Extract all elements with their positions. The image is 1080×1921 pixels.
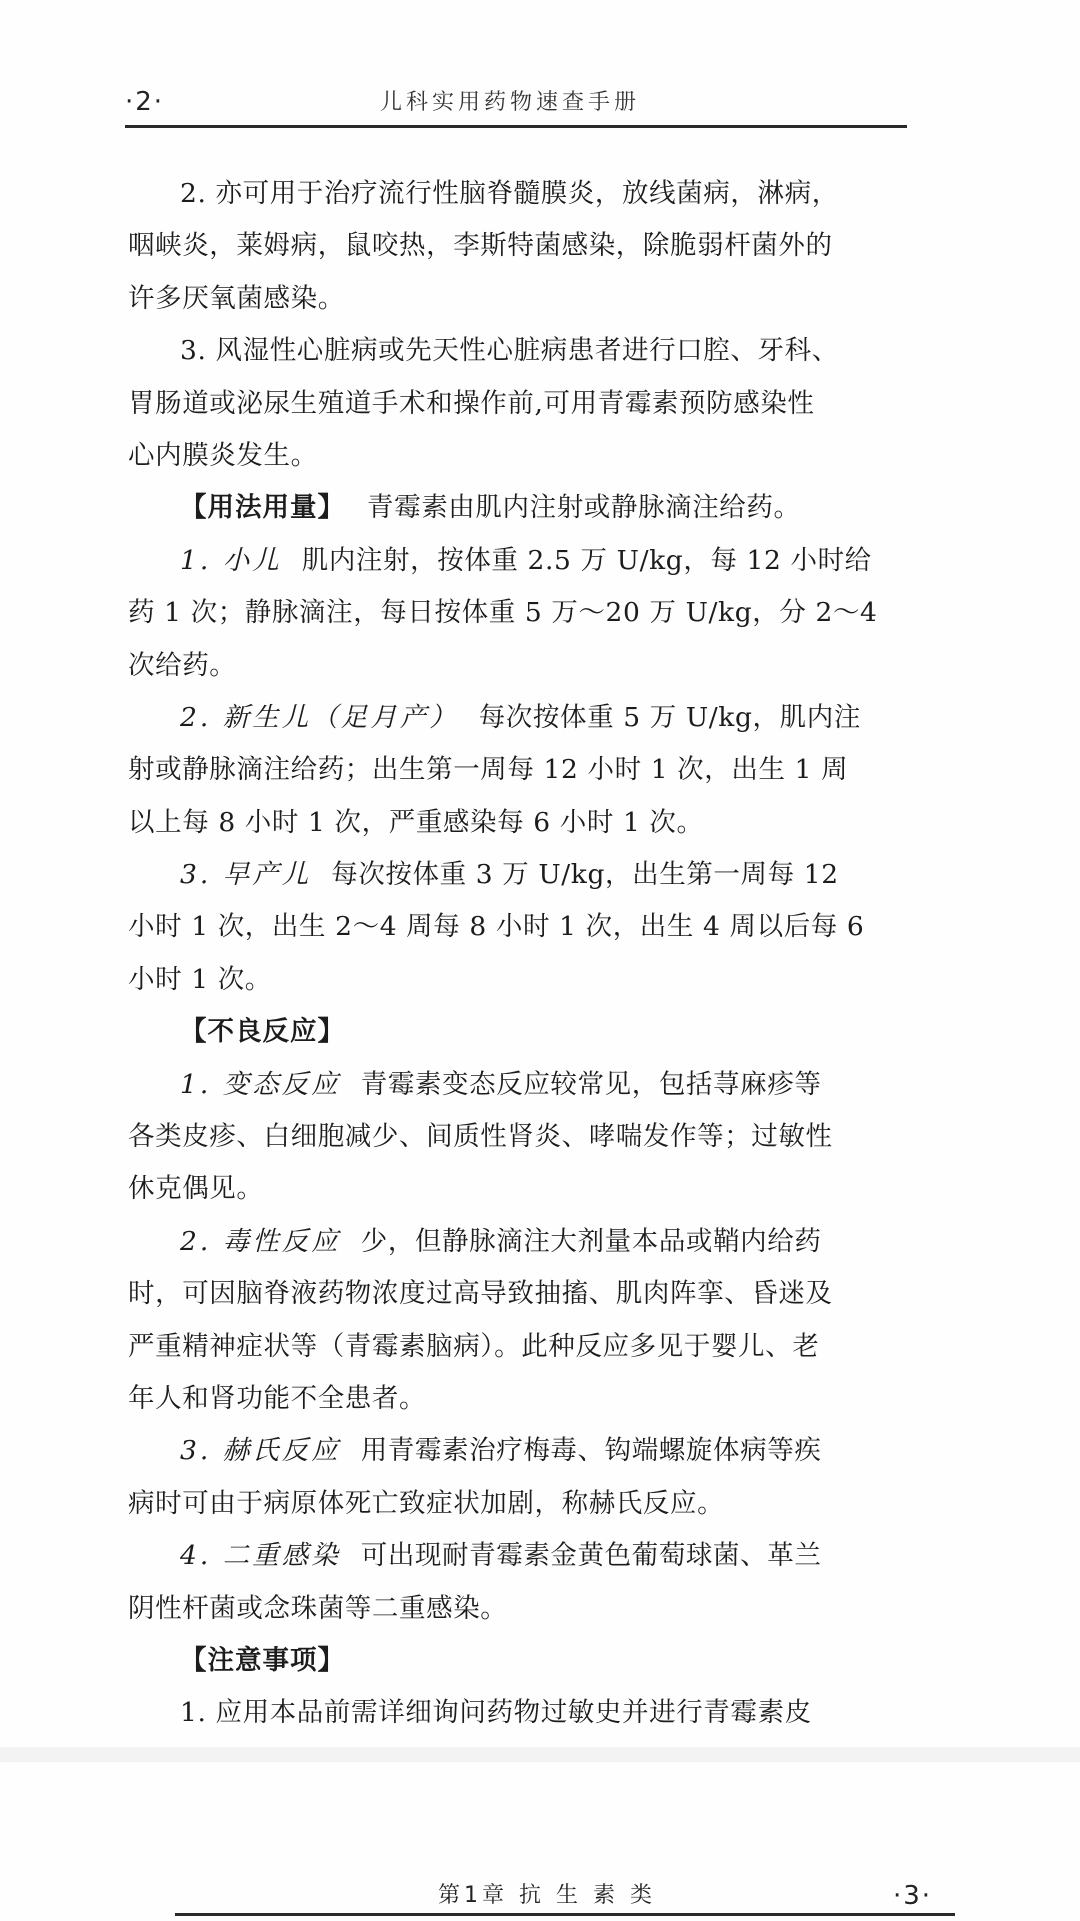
item-label: 2. 毒性反应: [180, 1226, 341, 1257]
header-rule: [175, 1913, 955, 1916]
line-text: 心内膜炎发生。: [128, 440, 318, 471]
line-text: 次给药。: [128, 650, 236, 681]
item-label: 1. 小儿: [180, 545, 282, 576]
line-text: 各类皮疹、白细胞减少、间质性肾炎、哮喘发作等；过敏性: [128, 1121, 833, 1152]
text-line: 射或静脉滴注给药；出生第一周每 12 小时 1 次，出生 1 周: [128, 744, 908, 796]
text-line: 3. 赫氏反应用青霉素治疗梅毒、钩端螺旋体病等疾: [128, 1425, 908, 1477]
line-text: 病时可由于病原体死亡致症状加剧，称赫氏反应。: [128, 1488, 724, 1519]
text-line: 2. 亦可用于治疗流行性脑脊髓膜炎，放线菌病，淋病，: [128, 168, 908, 220]
text-line: 时，可因脑脊液药物浓度过高导致抽搐、肌肉阵挛、昏迷及: [128, 1268, 908, 1320]
section-title: 【用法用量】: [180, 492, 345, 523]
line-text: 用青霉素治疗梅毒、钩端螺旋体病等疾: [361, 1435, 822, 1466]
text-line: 小时 1 次，出生 2～4 周每 8 小时 1 次，出生 4 周以后每 6: [128, 901, 908, 953]
text-line: 休克偶见。: [128, 1163, 908, 1215]
chapter-title: 第1章 抗 生 素 类: [438, 1878, 656, 1914]
line-text: 胃肠道或泌尿生殖道手术和操作前,可用青霉素预防感染性: [128, 388, 815, 419]
book-page-2: ·2· 儿科实用药物速查手册 2. 亦可用于治疗流行性脑脊髓膜炎，放线菌病，淋病…: [0, 0, 1080, 1747]
text-line: 病时可由于病原体死亡致症状加剧，称赫氏反应。: [128, 1478, 908, 1530]
line-text: 咽峡炎，莱姆病，鼠咬热，李斯特菌感染，除脆弱杆菌外的: [128, 230, 833, 261]
text-line: 2. 新生儿（足月产）每次按体重 5 万 U/kg，肌内注: [128, 692, 908, 744]
header-rule: [125, 125, 907, 128]
text-line: 1. 小儿肌内注射，按体重 2.5 万 U/kg，每 12 小时给: [128, 535, 908, 587]
text-line: 3. 早产儿每次按体重 3 万 U/kg，出生第一周每 12: [128, 849, 908, 901]
text-line: 以上每 8 小时 1 次，严重感染每 6 小时 1 次。: [128, 797, 908, 849]
text-line: 药 1 次；静脉滴注，每日按体重 5 万～20 万 U/kg，分 2～4: [128, 587, 908, 639]
line-text: 3. 风湿性心脏病或先天性心脏病患者进行口腔、牙科、: [180, 335, 839, 366]
text-line: 咽峡炎，莱姆病，鼠咬热，李斯特菌感染，除脆弱杆菌外的: [128, 220, 908, 272]
line-text: 严重精神症状等（青霉素脑病）。此种反应多见于婴儿、老: [128, 1331, 819, 1362]
line-text: 时，可因脑脊液药物浓度过高导致抽搐、肌肉阵挛、昏迷及: [128, 1278, 833, 1309]
text-line: 年人和肾功能不全患者。: [128, 1373, 908, 1425]
line-text: 以上每 8 小时 1 次，严重感染每 6 小时 1 次。: [128, 807, 704, 838]
line-text: 可出现耐青霉素金黄色葡萄球菌、革兰: [361, 1540, 822, 1571]
line-text: 药 1 次；静脉滴注，每日按体重 5 万～20 万 U/kg，分 2～4: [128, 597, 878, 628]
text-line: 1. 变态反应青霉素变态反应较常见，包括荨麻疹等: [128, 1059, 908, 1111]
text-line: 2. 毒性反应少，但静脉滴注大剂量本品或鞘内给药: [128, 1216, 908, 1268]
section-heading-line: 【注意事项】: [128, 1635, 908, 1687]
line-text: 休克偶见。: [128, 1173, 264, 1204]
line-text: 小时 1 次，出生 2～4 周每 8 小时 1 次，出生 4 周以后每 6: [128, 911, 864, 942]
line-text: 1. 应用本品前需详细询问药物过敏史并进行青霉素皮: [180, 1697, 812, 1728]
page-body-text: 2. 亦可用于治疗流行性脑脊髓膜炎，放线菌病，淋病，咽峡炎，莱姆病，鼠咬热，李斯…: [128, 168, 908, 1740]
page-break-divider: [0, 1747, 1080, 1762]
section-title: 【注意事项】: [180, 1645, 345, 1676]
line-text: 小时 1 次。: [128, 964, 272, 995]
line-text: 青霉素变态反应较常见，包括荨麻疹等: [361, 1069, 822, 1100]
running-header: ·2· 儿科实用药物速查手册: [125, 84, 907, 120]
section-title: 【不良反应】: [180, 1016, 345, 1047]
text-line: 小时 1 次。: [128, 954, 908, 1006]
section-lead-text: 青霉素由肌内注射或静脉滴注给药。: [367, 492, 801, 523]
running-header-page-3: 第1章 抗 生 素 类 ·3·: [0, 1878, 1080, 1914]
page-number: ·3·: [893, 1878, 932, 1914]
text-line: 1. 应用本品前需详细询问药物过敏史并进行青霉素皮: [128, 1687, 908, 1739]
line-text: 肌内注射，按体重 2.5 万 U/kg，每 12 小时给: [302, 545, 872, 576]
running-book-title: 儿科实用药物速查手册: [380, 86, 640, 120]
line-text: 少，但静脉滴注大剂量本品或鞘内给药: [361, 1226, 822, 1257]
line-text: 阴性杆菌或念珠菌等二重感染。: [128, 1593, 507, 1624]
item-label: 4. 二重感染: [180, 1540, 341, 1571]
item-label: 3. 早产儿: [180, 859, 311, 890]
text-line: 许多厌氧菌感染。: [128, 273, 908, 325]
line-text: 每次按体重 5 万 U/kg，肌内注: [479, 702, 861, 733]
text-line: 各类皮疹、白细胞减少、间质性肾炎、哮喘发作等；过敏性: [128, 1111, 908, 1163]
line-text: 许多厌氧菌感染。: [128, 283, 345, 314]
item-label: 1. 变态反应: [180, 1069, 341, 1100]
line-text: 每次按体重 3 万 U/kg，出生第一周每 12: [331, 859, 838, 890]
page-number: ·2·: [125, 84, 164, 120]
text-line: 胃肠道或泌尿生殖道手术和操作前,可用青霉素预防感染性: [128, 378, 908, 430]
text-line: 4. 二重感染可出现耐青霉素金黄色葡萄球菌、革兰: [128, 1530, 908, 1582]
line-text: 射或静脉滴注给药；出生第一周每 12 小时 1 次，出生 1 周: [128, 754, 848, 785]
section-heading-line: 【用法用量】青霉素由肌内注射或静脉滴注给药。: [128, 482, 908, 534]
text-line: 次给药。: [128, 640, 908, 692]
section-heading-line: 【不良反应】: [128, 1006, 908, 1058]
text-line: 阴性杆菌或念珠菌等二重感染。: [128, 1583, 908, 1635]
line-text: 2. 亦可用于治疗流行性脑脊髓膜炎，放线菌病，淋病，: [180, 178, 839, 209]
line-text: 年人和肾功能不全患者。: [128, 1383, 426, 1414]
text-line: 心内膜炎发生。: [128, 430, 908, 482]
text-line: 严重精神症状等（青霉素脑病）。此种反应多见于婴儿、老: [128, 1321, 908, 1373]
text-line: 3. 风湿性心脏病或先天性心脏病患者进行口腔、牙科、: [128, 325, 908, 377]
item-label: 3. 赫氏反应: [180, 1435, 341, 1466]
item-label: 2. 新生儿（足月产）: [180, 702, 459, 733]
